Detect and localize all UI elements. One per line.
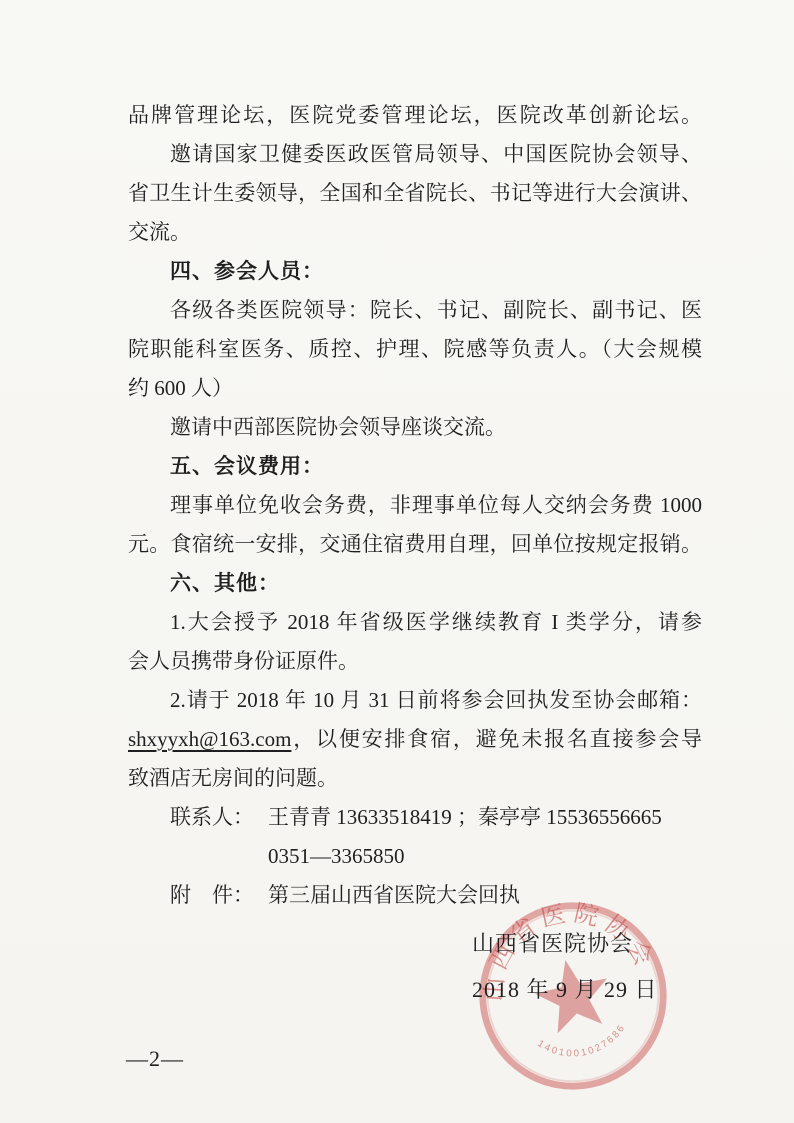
section-heading-4: 四、参会人员： <box>128 252 702 291</box>
doc-line: 约 600 人） <box>128 369 702 408</box>
page-number: —2— <box>126 1046 184 1072</box>
doc-line: 交流。 <box>128 213 702 252</box>
contact-label: 联系人： <box>170 798 268 876</box>
signoff-org: 山西省医院协会 <box>472 921 658 967</box>
email-address: shxyyxh@163.com <box>128 727 291 751</box>
doc-line: 理事单位免收会务费，非理事单位每人交纳会务费 1000 <box>128 486 702 525</box>
seal-number-text: 1401001027686 <box>534 1020 633 1068</box>
doc-line: 品牌管理论坛，医院党委管理论坛，医院改革创新论坛。 <box>128 96 702 135</box>
svg-text:1401001027686: 1401001027686 <box>534 1020 633 1068</box>
signoff-date: 2018 年 9 月 29 日 <box>472 967 658 1013</box>
doc-line: 1.大会授予 2018 年省级医学继续教育 I 类学分，请参 <box>128 603 702 642</box>
doc-line-email: shxyyxh@163.com，以便安排食宿，避免未报名直接参会导 <box>128 720 702 759</box>
doc-line: 邀请中西部医院协会领导座谈交流。 <box>128 408 702 447</box>
doc-line: 致酒店无房间的问题。 <box>128 759 702 798</box>
doc-line: 各级各类医院领导：院长、书记、副院长、副书记、医 <box>128 291 702 330</box>
doc-line: 元。食宿统一安排，交通住宿费用自理，回单位按规定报销。 <box>128 525 702 564</box>
document-body: 品牌管理论坛，医院党委管理论坛，医院改革创新论坛。 邀请国家卫健委医政医管局领导… <box>128 96 702 915</box>
doc-line: 院职能科室医务、质控、护理、院感等负责人。（大会规模 <box>128 330 702 369</box>
contact-landline: 0351—3365850 <box>268 837 702 876</box>
contact-phones: 王青青 13633518419 ；秦亭亭 15536556665 <box>268 798 702 837</box>
section-heading-5: 五、会议费用： <box>128 447 702 486</box>
doc-line: 2.请于 2018 年 10 月 31 日前将参会回执发至协会邮箱： <box>128 681 702 720</box>
doc-line: 邀请国家卫健委医政医管局领导、中国医院协会领导、 <box>128 135 702 174</box>
document-page: 品牌管理论坛，医院党委管理论坛，医院改革创新论坛。 邀请国家卫健委医政医管局领导… <box>0 0 794 1123</box>
signoff-block: 山西省医院协会 2018 年 9 月 29 日 <box>472 921 658 1013</box>
doc-line: 会人员携带身份证原件。 <box>128 642 702 681</box>
section-heading-6: 六、其他： <box>128 564 702 603</box>
contact-row: 联系人： 王青青 13633518419 ；秦亭亭 15536556665 03… <box>128 798 702 876</box>
doc-line-rest: ，以便安排食宿，避免未报名直接参会导 <box>291 727 702 751</box>
doc-line: 省卫生计生委领导，全国和全省院长、书记等进行大会演讲、 <box>128 174 702 213</box>
attachment-label: 附 件： <box>170 876 268 915</box>
